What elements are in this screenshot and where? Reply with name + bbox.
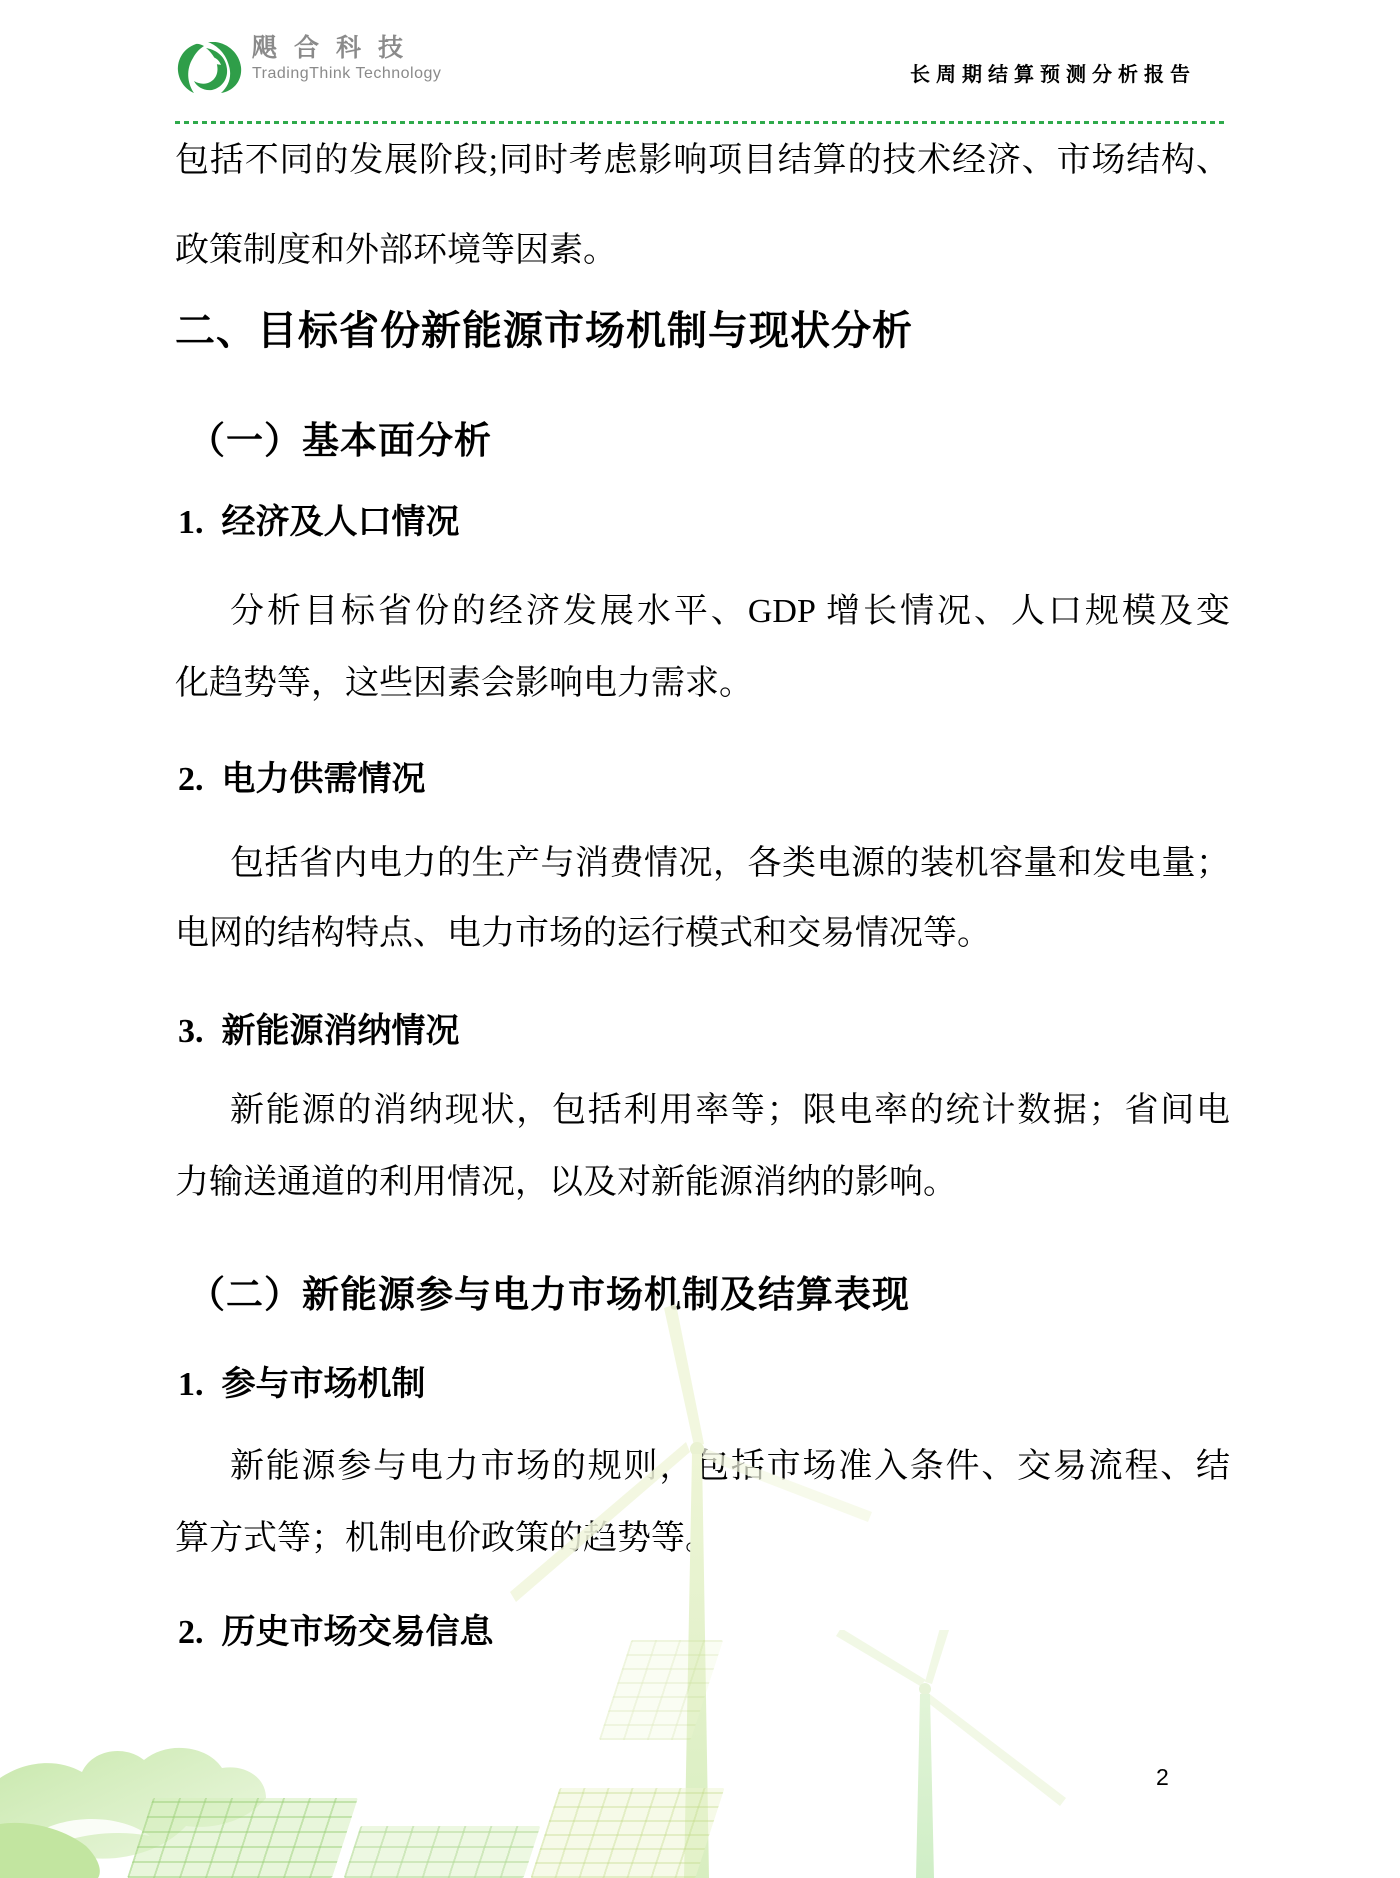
- intro-line-2: 政策制度和外部环境等因素。: [175, 228, 1230, 274]
- item-title: 经济及人口情况: [222, 504, 460, 541]
- section-heading: 二、目标省份新能源市场机制与现状分析: [175, 299, 913, 356]
- decor-solar-panel-2: [344, 1826, 541, 1878]
- subsection-heading-2: （二）新能源参与电力市场机制及结算表现: [188, 1264, 910, 1318]
- paragraph-line: 算方式等；机制电价政策的趋势等。: [175, 1516, 1230, 1562]
- paragraph-line: 新能源参与电力市场的规则，包括市场准入条件、交易流程、结: [175, 1444, 1230, 1490]
- item-title: 新能源消纳情况: [222, 1013, 460, 1050]
- item-number: 3.: [178, 1013, 204, 1051]
- logo-swirl-icon: [176, 42, 242, 94]
- item-number: 2.: [178, 1614, 204, 1652]
- item-number: 2.: [178, 761, 204, 799]
- item-heading-1-1: 1.经济及人口情况: [178, 494, 460, 543]
- document-page: 飓合科技 TradingThink Technology 长周期结算预测分析报告…: [0, 0, 1400, 1878]
- decor-solar-panel-1: [127, 1798, 358, 1878]
- paragraph-line: 包括省内电力的生产与消费情况，各类电源的装机容量和发电量；: [175, 841, 1230, 887]
- paragraph-line: 化趋势等，这些因素会影响电力需求。: [175, 661, 1230, 707]
- item-heading-1-3: 3.新能源消纳情况: [178, 1003, 460, 1052]
- item-heading-1-2: 2.电力供需情况: [178, 751, 426, 800]
- item-number: 1.: [178, 504, 204, 542]
- item-heading-2-1: 1.参与市场机制: [178, 1356, 426, 1405]
- logo-english-name: TradingThink Technology: [252, 64, 441, 84]
- item-heading-2-2: 2.历史市场交易信息: [178, 1604, 494, 1653]
- report-title: 长周期结算预测分析报告: [910, 58, 1196, 87]
- paragraph-line: 电网的结构特点、电力市场的运行模式和交易情况等。: [175, 911, 1230, 957]
- subsection-heading-1: （一）基本面分析: [188, 410, 492, 464]
- decor-wind-turbine-small: [828, 1630, 1238, 1878]
- header-divider-dashed-line: [175, 121, 1228, 124]
- paragraph-line: 新能源的消纳现状，包括利用率等；限电率的统计数据；省间电: [175, 1088, 1230, 1134]
- item-title: 历史市场交易信息: [222, 1614, 494, 1651]
- paragraph-line: 力输送通道的利用情况，以及对新能源消纳的影响。: [175, 1160, 1230, 1206]
- decor-solar-panel-3: [530, 1788, 724, 1878]
- page-number: 2: [1156, 1764, 1169, 1791]
- paragraph-line: 分析目标省份的经济发展水平、GDP 增长情况、人口规模及变: [175, 589, 1230, 635]
- item-title: 电力供需情况: [222, 761, 426, 798]
- intro-line-1: 包括不同的发展阶段;同时考虑影响项目结算的技术经济、市场结构、: [175, 138, 1230, 184]
- item-number: 1.: [178, 1366, 204, 1404]
- logo-chinese-name: 飓合科技: [252, 34, 441, 62]
- decor-solar-panel-4: [599, 1640, 723, 1740]
- company-logo: 飓合科技 TradingThink Technology: [176, 34, 441, 94]
- item-title: 参与市场机制: [222, 1366, 426, 1403]
